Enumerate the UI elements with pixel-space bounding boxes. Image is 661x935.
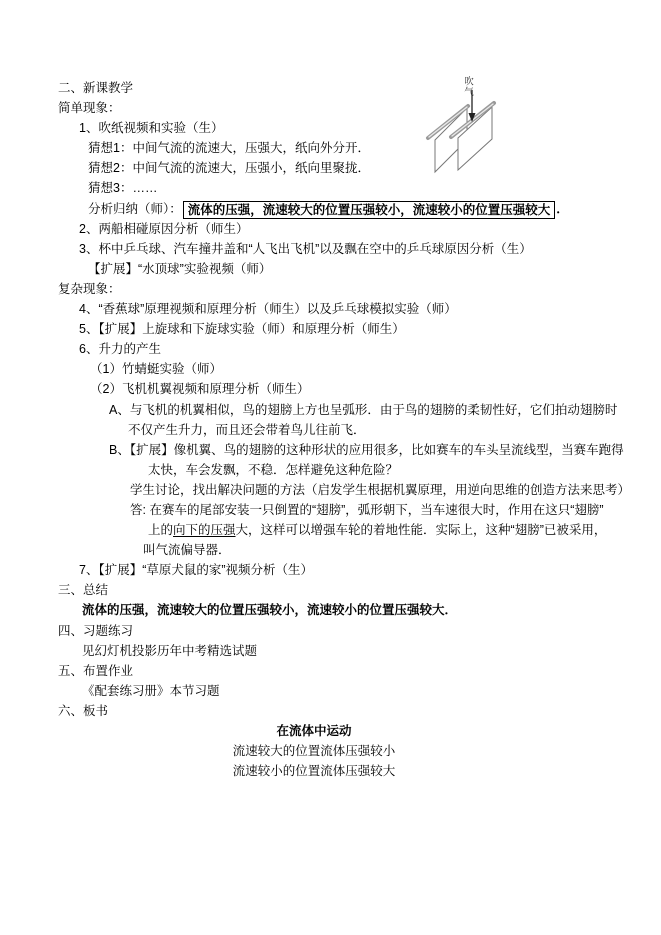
- point-b-continued: 太快，车会发飘，不稳．怎样避免这种危险？: [0, 460, 661, 480]
- document-page: 二、新课教学 简单现象： 1、吹纸视频和实验（生） 猜想1：中间气流的流速大，压…: [0, 0, 661, 935]
- point-b-racecar: B、【扩展】像机翼、鸟的翅膀的这种形状的应用很多，比如赛车的车头呈流线型，当赛车…: [0, 440, 661, 460]
- blackboard-title: 在流体中运动: [0, 721, 628, 741]
- item-3-pingpong-analysis: 3、杯中乒乓球、汽车撞井盖和“人飞出飞机”以及飘在空中的乒乓球原因分析（生）: [0, 239, 661, 259]
- point-a-bird-wing: A、与飞机的机翼相似，鸟的翅膀上方也呈弧形．由于鸟的翅膀的柔韧性好，它们拍动翅膀…: [0, 400, 661, 420]
- heading-exercises: 四、习题练习: [0, 621, 661, 641]
- answer2-pre: 上的: [148, 523, 173, 537]
- answer2-underlined-downward-pressure: 向下的压强: [173, 523, 236, 537]
- item-5-spin-ball: 5、【扩展】上旋球和下旋球实验（师）和原理分析（师生）: [0, 319, 661, 339]
- answer-line-3: 叫气流偏导器．: [0, 540, 661, 560]
- item-2-ship-collision: 2、两船相碰原因分析（师生）: [0, 219, 661, 239]
- homework-detail: 《配套练习册》本节习题: [0, 681, 661, 701]
- label-complex-phenomena: 复杂现象：: [0, 279, 661, 299]
- answer-line-1: 答: 在赛车的尾部安装一只倒置的“翅膀”，弧形朝下，当车速很大时，作用在这只“翅…: [0, 500, 661, 520]
- item-7-prairie-dog: 7、【扩展】“草原犬鼠的家”视频分析（生）: [0, 560, 661, 580]
- hanging-papers-illustration: [425, 60, 595, 200]
- line-analysis-conclusion: 分析归纳（师）：流体的压强，流速较大的位置压强较小，流速较小的位置压强较大．: [0, 199, 661, 219]
- item-6-lift-generation: 6、升力的产生: [0, 339, 661, 359]
- heading-blackboard: 六、板书: [0, 701, 661, 721]
- sub-1-bamboo-dragonfly: （1）竹蜻蜓实验（师）: [0, 359, 661, 379]
- heading-homework: 五、布置作业: [0, 661, 661, 681]
- analysis-suffix: ．: [556, 202, 569, 216]
- heading-summary: 三、总结: [0, 580, 661, 600]
- summary-statement: 流体的压强，流速较大的位置压强较小，流速较小的位置压强较大．: [0, 600, 661, 620]
- answer2-post: 大，这样可以增强车轮的着地性能．实际上，这种“翅膀”已被采用，: [236, 523, 607, 537]
- blackboard-line-1: 流速较大的位置流体压强较小: [0, 741, 628, 761]
- blow-air-experiment-figure: 吹气: [425, 60, 595, 200]
- point-a-continued: 不仅产生升力，而且还会带着鸟儿往前飞．: [0, 420, 661, 440]
- extension-water-ball: 【扩展】“水顶球”实验视频（师）: [0, 259, 661, 279]
- item-4-banana-ball: 4、“香蕉球”原理视频和原理分析（师生）以及乒乓球模拟实验（师）: [0, 299, 661, 319]
- answer-line-2: 上的向下的压强大，这样可以增强车轮的着地性能．实际上，这种“翅膀”已被采用，: [0, 520, 661, 540]
- boxed-conclusion: 流体的压强，流速较大的位置压强较小，流速较小的位置压强较大: [183, 201, 556, 219]
- blackboard-line-2: 流速较小的位置流体压强较大: [0, 761, 628, 781]
- exercises-detail: 见幻灯机投影历年中考精选试题: [0, 641, 661, 661]
- analysis-prefix: 分析归纳（师）：: [88, 202, 182, 216]
- student-discussion: 学生讨论，找出解决问题的方法（启发学生根据机翼原理，用逆向思维的创造方法来思考）: [0, 480, 661, 500]
- figure-label-blow-air: 吹气: [462, 76, 472, 97]
- sub-2-airplane-wing: （2）飞机机翼视频和原理分析（师生）: [0, 379, 661, 399]
